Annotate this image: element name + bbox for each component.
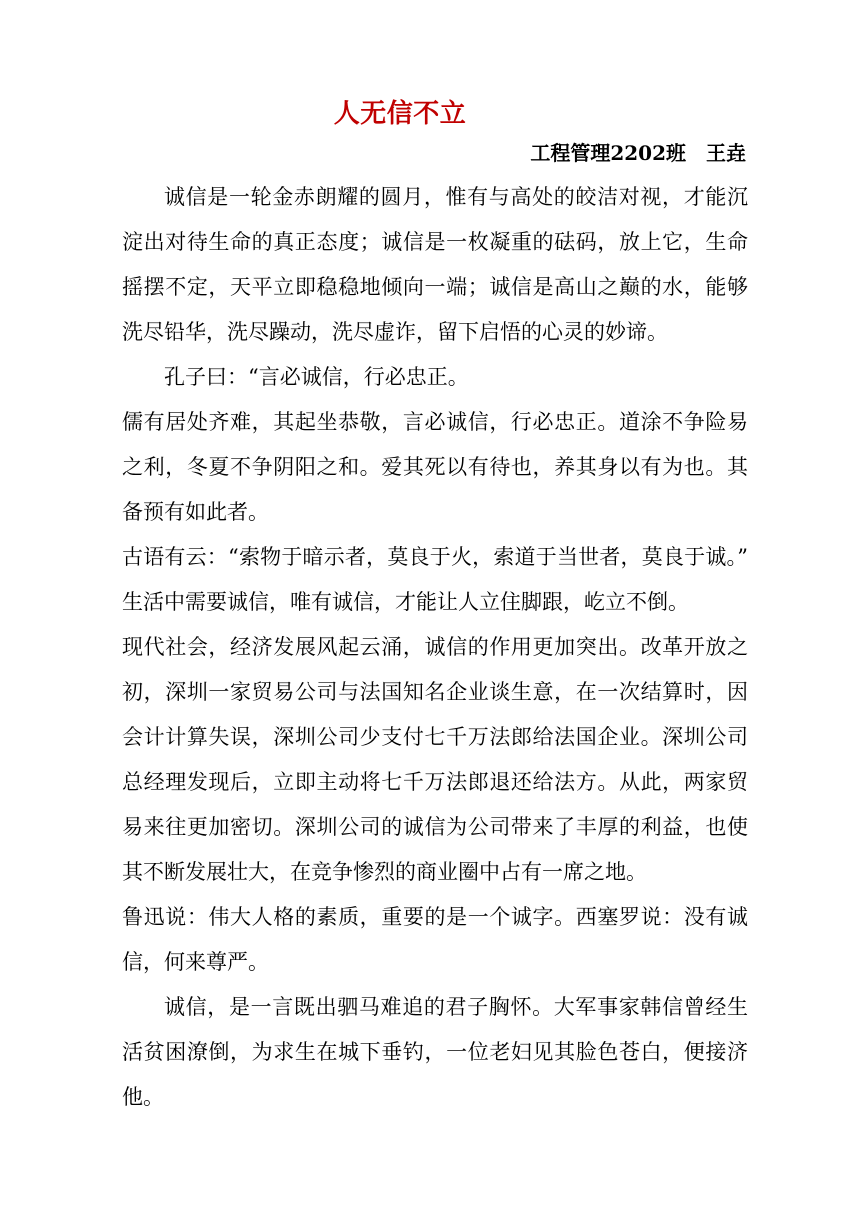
paragraph: 古语有云：“索物于暗示者，莫良于火，索道于当世者，莫良于诚。”生活中需要诚信，唯… — [122, 535, 748, 625]
paragraph: 现代社会，经济发展风起云涌，诚信的作用更加突出。改革开放之初，深圳一家贸易公司与… — [122, 625, 748, 895]
paragraph: 诚信，是一言既出驷马难追的君子胸怀。大军事家韩信曾经生活贫困潦倒，为求生在城下垂… — [122, 985, 748, 1120]
document-body: 诚信是一轮金赤朗耀的圆月，惟有与高处的皎洁对视，才能沉淀出对待生命的真正态度；诚… — [122, 175, 748, 1120]
document-page: 人无信不立 工程管理2202班 王垚 诚信是一轮金赤朗耀的圆月，惟有与高处的皎洁… — [0, 0, 864, 1222]
paragraph: 孔子曰：“言必诚信，行必忠正。 — [122, 355, 748, 400]
paragraph: 鲁迅说：伟大人格的素质，重要的是一个诚字。西塞罗说：没有诚信，何来尊严。 — [122, 895, 748, 985]
document-title: 人无信不立 — [122, 96, 678, 132]
document-content: 人无信不立 工程管理2202班 王垚 诚信是一轮金赤朗耀的圆月，惟有与高处的皎洁… — [0, 0, 864, 1120]
paragraph: 儒有居处齐难，其起坐恭敬，言必诚信，行必忠正。道涂不争险易之利，冬夏不争阴阳之和… — [122, 400, 748, 535]
document-byline: 工程管理2202班 王垚 — [122, 138, 746, 168]
paragraph: 诚信是一轮金赤朗耀的圆月，惟有与高处的皎洁对视，才能沉淀出对待生命的真正态度；诚… — [122, 175, 748, 355]
